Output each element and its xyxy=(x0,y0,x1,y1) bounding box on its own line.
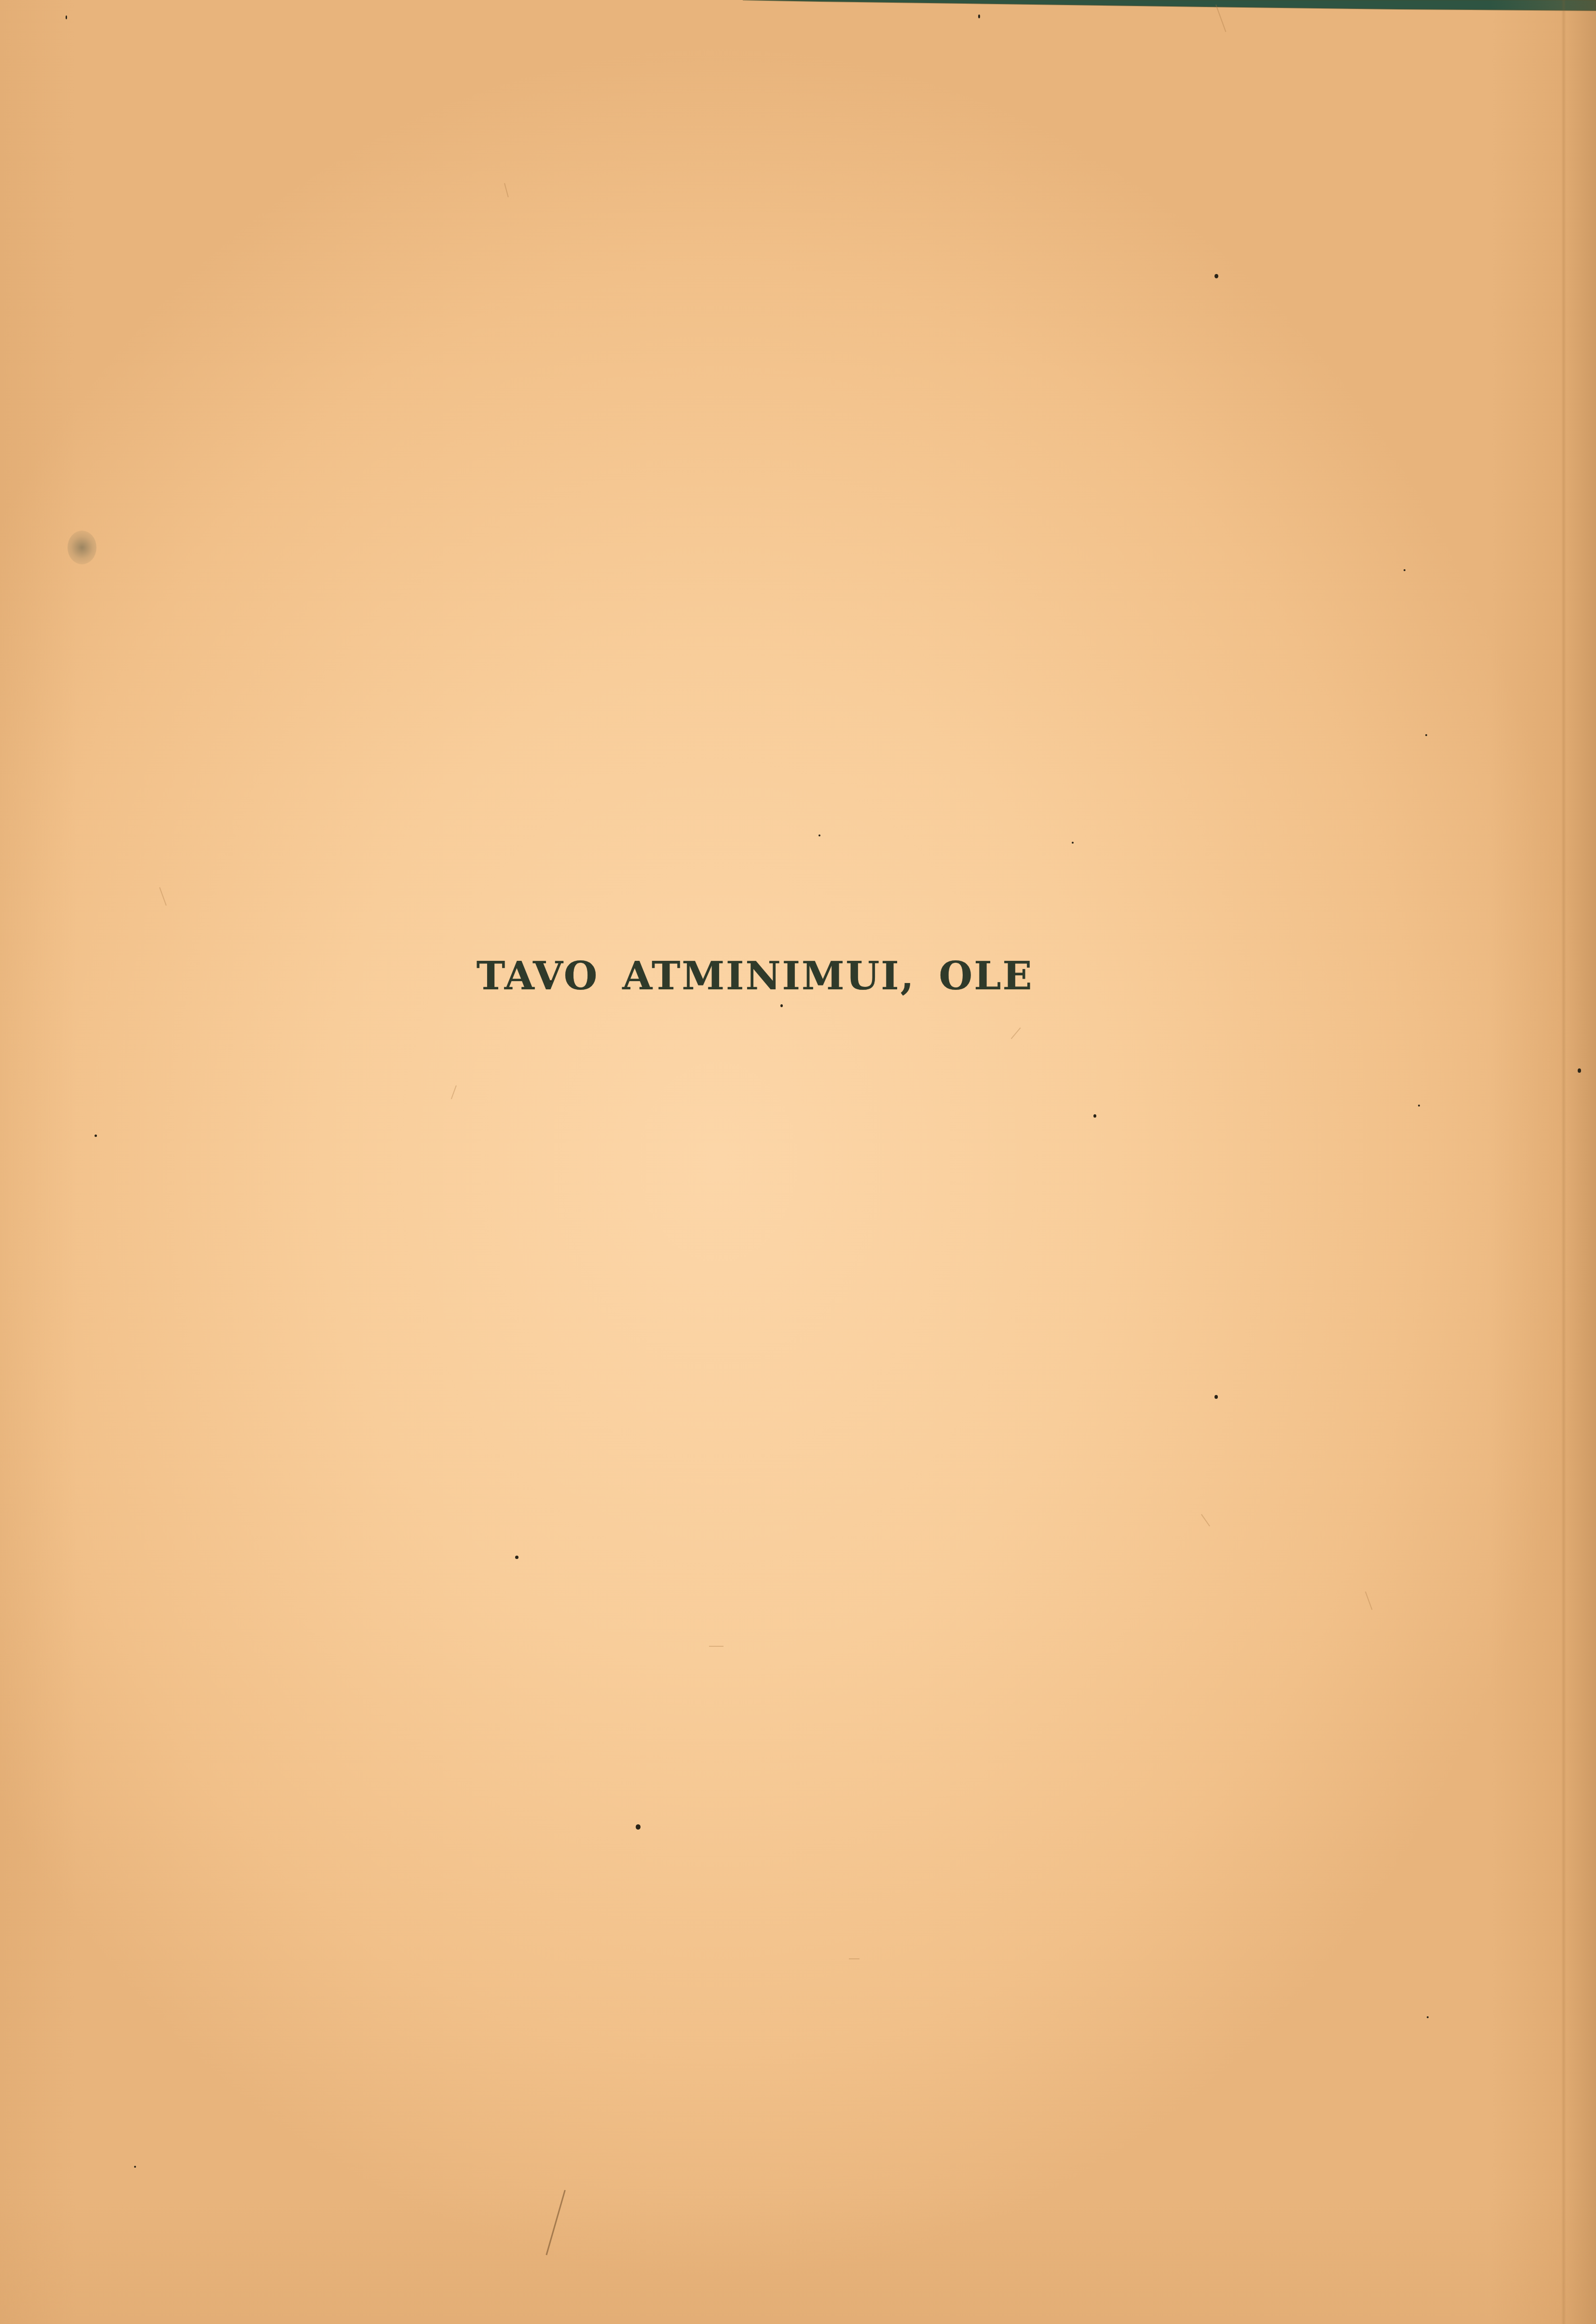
paper-speck xyxy=(95,1135,97,1137)
page-shadow-bottom xyxy=(0,2199,1596,2324)
paper-speck xyxy=(1578,1068,1581,1073)
paper-speck xyxy=(550,980,552,982)
paper-smudge xyxy=(68,531,96,564)
paper-speck xyxy=(1214,274,1218,278)
page-shadow-left xyxy=(0,0,77,2324)
paper-speck xyxy=(1214,1395,1218,1399)
dedication-text: TAVO ATMINIMUI, OLE xyxy=(0,949,1510,1002)
paper-speck xyxy=(515,1556,518,1559)
book-cover-edge xyxy=(0,0,1596,14)
paper-speck xyxy=(1072,842,1074,844)
paper-fiber xyxy=(849,1958,859,1959)
paper-fiber xyxy=(709,1646,723,1647)
paper-speck xyxy=(780,1004,783,1007)
paper-fiber xyxy=(1201,1514,1210,1527)
paper-speck xyxy=(818,834,820,836)
paper-speck xyxy=(66,15,67,19)
page-shadow-right xyxy=(1490,0,1596,2324)
paper-fiber xyxy=(1011,1027,1021,1039)
paper-fiber xyxy=(451,1085,457,1099)
page-fold xyxy=(1561,0,1566,2324)
paper-speck xyxy=(636,1824,641,1830)
scanned-page: TAVO ATMINIMUI, OLE xyxy=(0,0,1596,2324)
paper-speck xyxy=(1404,569,1405,571)
paper-speck xyxy=(1093,1114,1096,1118)
paper-speck xyxy=(1427,2016,1429,2018)
paper-fiber xyxy=(159,887,167,905)
paper-speck xyxy=(978,14,980,18)
paper-speck xyxy=(1418,1105,1420,1107)
paper-fiber xyxy=(504,183,509,197)
paper-speck xyxy=(1425,734,1427,736)
paper-fiber xyxy=(1365,1591,1373,1610)
paper-speck xyxy=(134,2166,136,2168)
